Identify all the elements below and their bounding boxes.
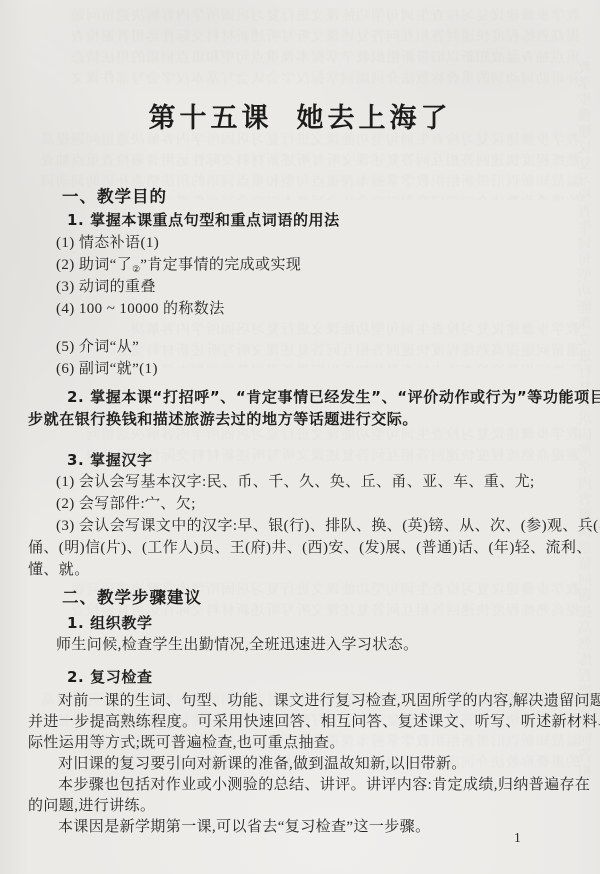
page-number: 1	[514, 830, 521, 846]
lesson-title: 第十五课她去上海了	[0, 96, 600, 135]
scanned-book-page: 教学步骤建议复习检查生词句型功能课文进行复习巩固所学内容解决遗留问题提高熟练程度…	[0, 0, 600, 874]
objective-1-sub6: (6) 副词“就”(1)	[56, 362, 158, 377]
objective-1-sub5: (5) 介词“从”	[56, 340, 139, 355]
objective-1-sub4: (4) 100 ~ 10000 的称数法	[56, 302, 225, 317]
step-2-para1-line3: 际性运用等方式;既可普遍检查,也可重点抽查。	[28, 736, 345, 751]
hanzi-components-line: (2) 会写部件:宀、欠;	[56, 497, 196, 512]
objective-1-sub3: (3) 动词的重叠	[56, 280, 156, 295]
bleedthrough-band: 教学步骤建议复习检查生词句型功能课文进行复习巩固所学内容解决遗留问题提高熟练程度…	[120, 320, 580, 368]
lesson-name: 她去上海了	[297, 103, 452, 133]
lesson-number: 第十五课	[149, 103, 273, 133]
bleedthrough-band-top: 教学步骤建议复习检查生词句型功能课文进行复习巩固所学内容解决遗留问题提高熟练程度…	[60, 6, 580, 86]
step-2-para1-line1: 对前一课的生词、句型、功能、课文进行复习检查,巩固所学的内容,解决遗留问题,	[58, 694, 600, 709]
objective-1-sub1: (1) 情态补语(1)	[56, 236, 159, 251]
objective-2-line2: 步就在银行换钱和描述旅游去过的地方等话题进行交际。	[28, 412, 418, 427]
step-2-para2: 对旧课的复习要引向对新课的准备,做到温故知新,以旧带新。	[58, 757, 467, 772]
step-2-heading: 2. 复习检查	[67, 670, 153, 685]
step-1-heading: 1. 组织教学	[67, 616, 153, 631]
step-2-para4: 本课因是新学期第一课,可以省去“复习检查”这一步骤。	[58, 820, 430, 835]
step-1-body: 师生问候,检查学生出勤情况,全班迅速进入学习状态。	[56, 638, 419, 653]
bleedthrough-band: 教学步骤建议复习检查生词句型功能课文进行复习巩固所学内容解决遗留问题提高熟练程度…	[80, 425, 580, 465]
objective-3: 3. 掌握汉字	[67, 453, 153, 468]
sub2-prefix: (2) 助词“了	[56, 257, 132, 273]
hanzi-text-line3: 懂、就。	[28, 563, 90, 578]
section1-heading: 一、教学目的	[62, 189, 167, 206]
step-2-para3-line2: 的问题,进行讲练。	[28, 799, 155, 814]
hanzi-text-line1: (3) 会认会写课文中的汉字:早、银(行)、排队、换、(英)镑、从、次、(参)观…	[56, 519, 600, 534]
objective-1-sub2: (2) 助词“了②”肯定事情的完成或实现	[56, 258, 301, 274]
objective-1: 1. 掌握本课重点句型和重点词语的用法	[67, 213, 340, 228]
sub2-suffix: ”肯定事情的完成或实现	[140, 257, 301, 273]
hanzi-text-line2: 俑、(明)信(片)、(工作人)员、王(府)井、(西)安、(发)展、(普通)话、(…	[28, 541, 592, 556]
le-subscript: ②	[132, 264, 140, 274]
step-2-para1-line2: 并进一步提高熟练程度。可采用快速回答、相互问答、复述课文、听写、听述新材料、交	[28, 715, 600, 730]
step-2-para3-line1: 本步骤也包括对作业或小测验的总结、讲评。讲评内容:肯定成绩,归纳普遍存在	[58, 778, 590, 793]
hanzi-basic-line: (1) 会认会写基本汉字:民、币、千、久、奂、丘、甬、亚、车、重、尤;	[56, 475, 535, 490]
section2-heading: 二、教学步骤建议	[62, 590, 202, 607]
objective-2-line1: 2. 掌握本课“打招呼”、“肯定事情已经发生”、“评价动作或行为”等功能项目,能…	[67, 390, 600, 405]
